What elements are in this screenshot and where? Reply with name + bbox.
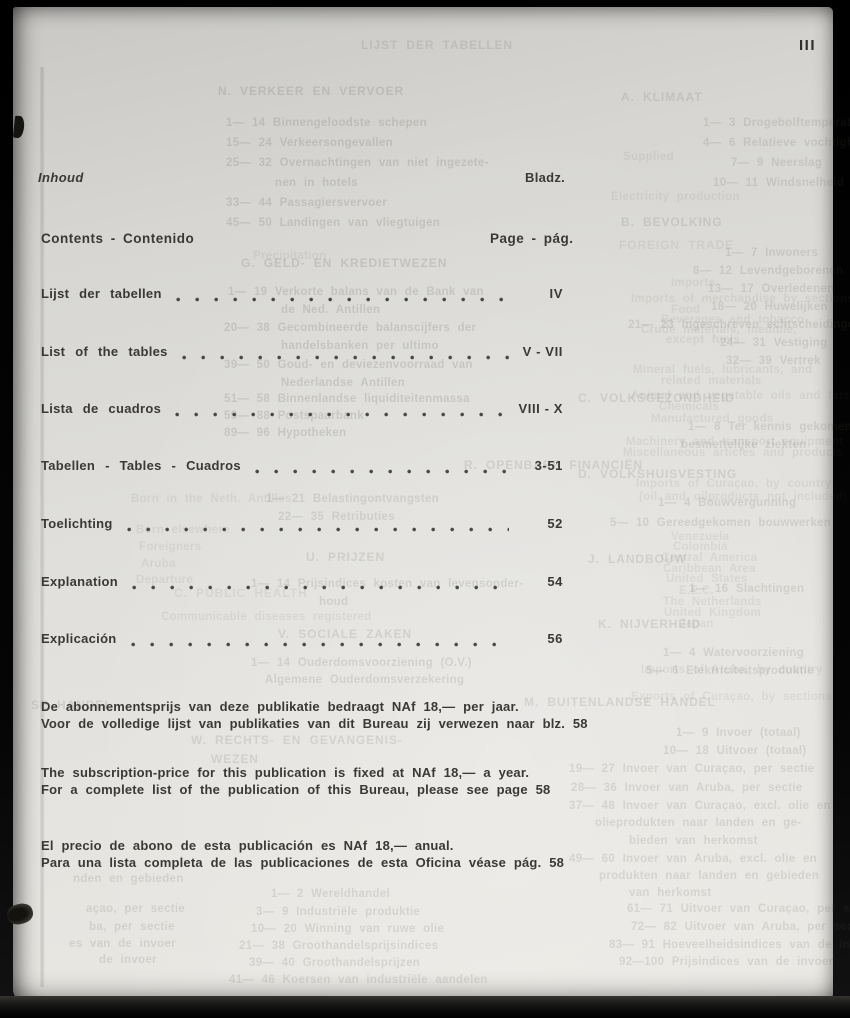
bleedthrough-mirrored-text: 18— 20 Huwelijken <box>711 301 828 313</box>
staple-mark <box>5 901 35 927</box>
bleedthrough-text: Crude materials, inedible, <box>641 324 797 336</box>
bleedthrough-text: Precipitation <box>253 250 327 262</box>
toc-label: List of the tables <box>41 344 168 359</box>
toc-label: Lijst der tabellen <box>41 286 162 301</box>
bleedthrough-mirrored-text: houd <box>319 596 348 608</box>
bleedthrough-mirrored-text: 1— 21 Belastingontvangsten <box>266 493 439 505</box>
bleedthrough-mirrored-text: C. VOLKSGEZONDHEID <box>578 391 735 405</box>
bleedthrough-mirrored-text: J. LANDBOUW <box>588 552 687 566</box>
bleedthrough-mirrored-text: 21— 38 Groothandelsprijsindices <box>239 940 438 952</box>
bleedthrough-mirrored-text: 83— 91 Hoeveelheidsindices van de invoer <box>609 939 850 951</box>
bleedthrough-text: United Kingdom <box>664 607 761 619</box>
bleedthrough-text: Miscellaneous articles and products <box>623 447 844 459</box>
bleedthrough-mirrored-text: 41— 46 Koersen van industriële aandelen <box>229 974 488 986</box>
bleedthrough-mirrored-text: 5— 6 Elektriciteitsproduktie <box>646 665 814 677</box>
toc-page-number: 3-51 <box>511 458 563 473</box>
bleedthrough-mirrored-text: 37— 48 Invoer van Curaçao, excl. olie en <box>569 800 831 812</box>
note-subscription-spanish: El precio de abono de esta publicación e… <box>41 837 564 871</box>
bleedthrough-text: 33— 44 Passagiersvervoer <box>226 197 387 209</box>
bleedthrough-mirrored-text: 1— 16 Slachtingen <box>689 583 804 595</box>
note-subscription-english: The subscription-price for this publicat… <box>41 764 550 798</box>
bleedthrough-mirrored-text: bieden van herkomst <box>629 835 758 847</box>
bleedthrough-text: Aruba <box>141 558 176 570</box>
note-line: For a complete list of the publication o… <box>41 781 550 798</box>
bleedthrough-mirrored-text: 1— 3 Drogebolftemperatuur <box>703 117 850 129</box>
bleedthrough-text: E.E.C. <box>679 585 714 597</box>
bleedthrough-text: The Netherlands <box>663 596 762 608</box>
bleedthrough-text: Food <box>671 304 700 316</box>
bleedthrough-text: Chemicals <box>659 401 719 413</box>
bleedthrough-mirrored-text: 7— 9 Neerslag <box>731 157 822 169</box>
bleedthrough-mirrored-text: 1— 4 Bouwvergunning <box>658 497 796 509</box>
bleedthrough-text: Japan <box>679 618 714 630</box>
toc-label: Tabellen - Tables - Cuadros <box>41 458 241 473</box>
bleedthrough-text: except fuels <box>666 334 740 346</box>
note-subscription-dutch: De abonnementsprijs van deze publikatie … <box>41 698 588 732</box>
bleedthrough-text: Imports of Curaçao, by country <box>636 478 832 490</box>
bleedthrough-mirrored-text: 39— 40 Groothandelsprijzen <box>249 957 420 969</box>
bleedthrough-text: related materials <box>661 375 762 387</box>
bleedthrough-mirrored-text: besmettelijke ziekten <box>681 439 806 451</box>
bleedthrough-mirrored-text: Algemene Ouderdomsverzekering <box>265 674 464 686</box>
bleedthrough-text: Mineral fuels, lubricants, and <box>633 364 812 376</box>
bleedthrough-mirrored-text: produkten naar landen en gebieden <box>599 870 819 882</box>
toc-leader-dots <box>175 410 509 419</box>
toc-row: Lijst der tabellen <box>41 286 511 304</box>
toc-leader-dots <box>132 583 509 592</box>
bleedthrough-text: Exports of Curaçao, by sections <box>631 691 832 703</box>
bleedthrough-text: Animal and vegetable oils and fats <box>631 390 850 402</box>
scanned-document: { "scan": { "page_number": "III" }, "hea… <box>0 0 850 1018</box>
bleedthrough-mirrored-text: 1— 8 Ter kennis gekomen <box>688 421 850 433</box>
bleedthrough-mirrored-text: 5— 10 Gereedgekomen bouwwerken <box>610 517 831 529</box>
toc-row: Tabellen - Tables - Cuadros <box>41 458 511 476</box>
toc-leader-dots <box>255 467 509 476</box>
bleedthrough-mirrored-text: D. VOLKSHUISVESTING <box>578 467 737 481</box>
bleedthrough-mirrored-text: van herkomst <box>629 887 711 899</box>
bleedthrough-text: Beverages and tobacco <box>661 314 804 326</box>
toc-page-number: V - VII <box>511 344 563 359</box>
toc-row: List of the tables <box>41 344 511 362</box>
bleedthrough-mirrored-text: 72— 82 Uitvoer van Aruba, per sectie <box>631 921 850 933</box>
bleedthrough-text: 25— 32 Overnachtingen van niet ingezete- <box>226 157 489 169</box>
bleedthrough-mirrored-text: 1— 9 Invoer (totaal) <box>676 727 801 739</box>
heading-inhoud: Inhoud <box>38 170 84 185</box>
bleedthrough-text: Imports of merchandise by sections <box>631 293 850 305</box>
bleedthrough-text: Foreigners <box>139 541 201 553</box>
bleedthrough-mirrored-text: B. BEVOLKING <box>621 215 722 229</box>
bleedthrough-text: Machinery and transport equipment <box>626 436 843 448</box>
page-number: III <box>799 37 816 54</box>
bleedthrough-text: Nederlandse Antillen <box>281 377 405 389</box>
bleedthrough-mirrored-text: 10— 18 Uitvoer (totaal) <box>663 745 807 757</box>
toc-leader-dots <box>131 640 509 649</box>
bleedthrough-text: Imports of Aruba, by country <box>641 664 823 676</box>
bleedthrough-text: 45— 50 Landingen van vliegtuigen <box>226 217 440 229</box>
bleedthrough-text: United States <box>666 573 747 585</box>
bleedthrough-text: (oil and oilproducts not included) <box>639 491 847 503</box>
bleedthrough-text: Electricity production <box>611 191 740 203</box>
scan-background: FOREIGN TRADESuppliedElectricity product… <box>0 0 850 1018</box>
bleedthrough-mirrored-text: 21— 23 Ingeschreven echtscheidingen <box>628 319 850 331</box>
bleedthrough-mirrored-text: 13— 17 Overledenen <box>708 283 835 295</box>
toc-row: Explicación <box>41 631 511 649</box>
toc-label: Explicación <box>41 631 117 646</box>
bleedthrough-text: de Ned. Antillen <box>281 304 380 316</box>
heading-contents-contenido: Contents - Contenido <box>41 231 194 246</box>
toc-page-number: IV <box>511 286 563 301</box>
bleedthrough-mirrored-text: 1— 4 Watervoorziening <box>663 647 804 659</box>
bleedthrough-mirrored-text: 1— 14 Ouderdomsvoorziening (O.V.) <box>251 657 472 669</box>
bleedthrough-mirrored-text: 3— 9 Industriële produktie <box>256 906 420 918</box>
bleedthrough-mirrored-text: nden en gebieden <box>73 873 184 885</box>
bleedthrough-mirrored-text: ba, per sectie <box>89 921 175 933</box>
toc-page-number: 54 <box>511 574 563 589</box>
toc-row: Toelichting <box>41 516 511 534</box>
bleedthrough-text: Imports <box>671 277 715 289</box>
document-page: FOREIGN TRADESuppliedElectricity product… <box>13 7 833 1003</box>
toc-label: Lista de cuadros <box>41 401 161 416</box>
toc-row: Lista de cuadros <box>41 401 511 419</box>
bleedthrough-mirrored-text: W. RECHTS- EN GEVANGENIS- <box>191 733 403 747</box>
bleedthrough-mirrored-text: A. KLIMAAT <box>621 90 702 104</box>
toc-page-number: 52 <box>511 516 563 531</box>
toc-label: Toelichting <box>41 516 113 531</box>
bleedthrough-text: Venezuela <box>671 531 729 543</box>
page-edge-notch <box>13 116 25 139</box>
heading-page-pag: Page - pág. <box>490 231 574 246</box>
toc-leader-dots <box>182 353 509 362</box>
note-line: Para una lista completa de las publicaci… <box>41 854 564 871</box>
bleedthrough-text: Caribbean Area <box>663 563 756 575</box>
bleedthrough-mirrored-text: olieprodukten naar landen en ge- <box>595 817 801 829</box>
bleedthrough-mirrored-text: 28— 36 Invoer van Aruba, per sectie <box>571 782 803 794</box>
bleedthrough-text: 15— 24 Verkeersongevallen <box>226 137 393 149</box>
bleedthrough-mirrored-text: açao, per sectie <box>86 903 185 915</box>
toc-leader-dots <box>176 295 509 304</box>
bleedthrough-mirrored-text: 1— 2 Wereldhandel <box>271 888 390 900</box>
bleedthrough-text: 89— 96 Hypotheken <box>224 427 346 439</box>
bleedthrough-text: Supplied <box>623 151 674 163</box>
bleedthrough-text: Communicable diseases registered <box>161 611 372 623</box>
toc-page-number: VIII - X <box>511 401 563 416</box>
bleedthrough-mirrored-text: 10— 11 Windsnelheid <box>713 177 844 189</box>
bleedthrough-text: N. VERKEER EN VERVOER <box>218 84 404 98</box>
bleedthrough-mirrored-text: LIJST DER TABELLEN <box>361 38 513 52</box>
toc-page-number: 56 <box>511 631 563 646</box>
bleedthrough-text: 20— 38 Gecombineerde balanscijfers der <box>224 322 476 334</box>
heading-bladz: Bladz. <box>525 170 565 185</box>
toc-label: Explanation <box>41 574 118 589</box>
bleedthrough-mirrored-text: U. PRIJZEN <box>306 550 385 564</box>
bleedthrough-text: Colombia <box>673 541 728 553</box>
bleedthrough-mirrored-text: 49— 60 Invoer van Aruba, excl. olie en <box>569 853 817 865</box>
bleedthrough-mirrored-text: de invoer <box>99 954 157 966</box>
bleedthrough-text: Central America <box>661 552 757 564</box>
bleedthrough-text: Manufactured goods <box>651 413 774 425</box>
bleedthrough-text: nen in hotels <box>275 177 358 189</box>
bleedthrough-mirrored-text: 4— 6 Relatieve vochtigheid <box>703 137 850 149</box>
bleedthrough-text: FOREIGN TRADE <box>619 238 734 252</box>
note-line: De abonnementsprijs van deze publikatie … <box>41 698 588 715</box>
bleedthrough-mirrored-text: K. NIJVERHEID <box>598 617 701 631</box>
bleedthrough-mirrored-text: es van de invoer <box>69 938 176 950</box>
bleedthrough-text: G. GELD- EN KREDIETWEZEN <box>241 256 447 270</box>
note-line: Voor de volledige lijst van publikaties … <box>41 715 588 732</box>
bleedthrough-mirrored-text: 32— 39 Vertrek <box>726 355 821 367</box>
bleedthrough-mirrored-text: 10— 20 Winning van ruwe olie <box>251 923 444 935</box>
bleedthrough-mirrored-text: 8— 12 Levendgeborenen <box>693 265 843 277</box>
toc-leader-dots <box>127 525 509 534</box>
bleedthrough-text: Born in the Neth. Antilles <box>131 493 292 505</box>
note-line: El precio de abono de esta publicación e… <box>41 837 564 854</box>
bleedthrough-mirrored-text: 1— 7 Inwoners <box>725 247 818 259</box>
scan-edge-shadow <box>0 996 850 1018</box>
bleedthrough-mirrored-text: 92—100 Prijsindices van de invoer <box>619 956 833 968</box>
bleedthrough-mirrored-text: 19— 27 Invoer van Curaçao, per sectie <box>569 763 814 775</box>
bleedthrough-mirrored-text: 24— 31 Vestiging <box>720 337 827 349</box>
note-line: The subscription-price for this publicat… <box>41 764 550 781</box>
bleedthrough-mirrored-text: 61— 71 Uitvoer van Curaçao, per sectie <box>627 903 850 915</box>
toc-row: Explanation <box>41 574 511 592</box>
bleedthrough-text: 1— 14 Binnengeloodste schepen <box>226 117 427 129</box>
